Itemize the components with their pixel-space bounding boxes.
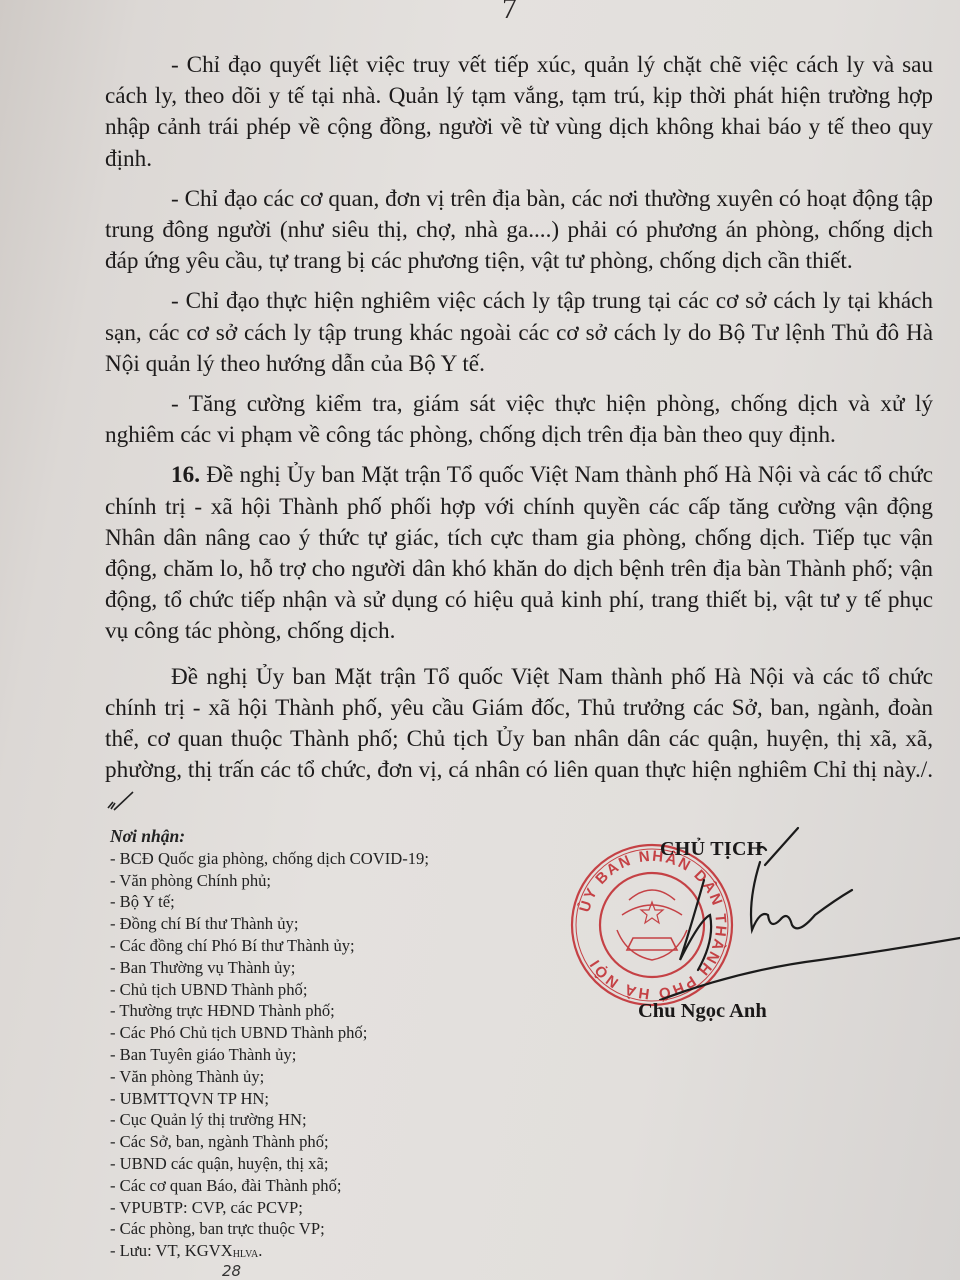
paragraph-crowded-places: - Chỉ đạo các cơ quan, đơn vị trên địa b… [105,184,933,278]
recipient-item: - Văn phòng Chính phủ; [110,870,429,892]
recipient-item: - Ban Tuyên giáo Thành ủy; [110,1044,429,1066]
recipient-item: - Chủ tịch UBND Thành phố; [110,979,429,1001]
handwritten-signature-icon [620,820,960,1000]
recipient-items: - BCĐ Quốc gia phòng, chống dịch COVID-1… [110,848,429,1240]
page-number: 7 [502,0,517,26]
recipient-item: - Các phòng, ban trực thuộc VP; [110,1218,429,1240]
recipient-item: - UBND các quận, huyện, thị xã; [110,1153,429,1175]
recipient-item: - Các cơ quan Báo, đài Thành phố; [110,1175,429,1197]
handwritten-initial-mark-icon [105,790,135,812]
paragraph-contact-tracing: - Chỉ đạo quyết liệt việc truy vết tiếp … [105,50,933,175]
recipient-item: - Văn phòng Thành ủy; [110,1066,429,1088]
item-number: 16. [171,462,200,488]
handwritten-note: 28 [222,1262,241,1280]
recipients-heading: Nơi nhận: [110,826,429,848]
paragraph-inspection: - Tăng cường kiểm tra, giám sát việc thự… [105,389,933,451]
recipient-item: - UBMTTQVN TP HN; [110,1088,429,1110]
recipient-item: - Thường trực HĐND Thành phố; [110,1000,429,1022]
paragraph-item-16: 16. Đề nghị Ủy ban Mặt trận Tổ quốc Việt… [105,460,933,647]
recipients-list: Nơi nhận: - BCĐ Quốc gia phòng, chống dị… [110,826,429,1266]
signer-name: Chu Ngọc Anh [638,1000,767,1023]
recipient-item: - Các đồng chí Phó Bí thư Thành ủy; [110,935,429,957]
recipient-item: - BCĐ Quốc gia phòng, chống dịch COVID-1… [110,848,429,870]
recipient-item: - Ban Thường vụ Thành ủy; [110,957,429,979]
recipient-item: - Các Sở, ban, ngành Thành phố; [110,1131,429,1153]
paragraph-closing: Đề nghị Ủy ban Mặt trận Tổ quốc Việt Nam… [105,662,933,818]
recipient-item: - Cục Quản lý thị trường HN; [110,1109,429,1131]
document-body: - Chỉ đạo quyết liệt việc truy vết tiếp … [105,50,933,827]
recipient-item-archive: - Lưu: VT, KGVXHLVA. [110,1240,429,1266]
paragraph-quarantine-facilities: - Chỉ đạo thực hiện nghiêm việc cách ly … [105,286,933,380]
recipient-item: - Các Phó Chủ tịch UBND Thành phố; [110,1022,429,1044]
recipient-item: - VPUBTP: CVP, các PCVP; [110,1197,429,1219]
recipient-item: - Bộ Y tế; [110,891,429,913]
recipient-item: - Đồng chí Bí thư Thành ủy; [110,913,429,935]
